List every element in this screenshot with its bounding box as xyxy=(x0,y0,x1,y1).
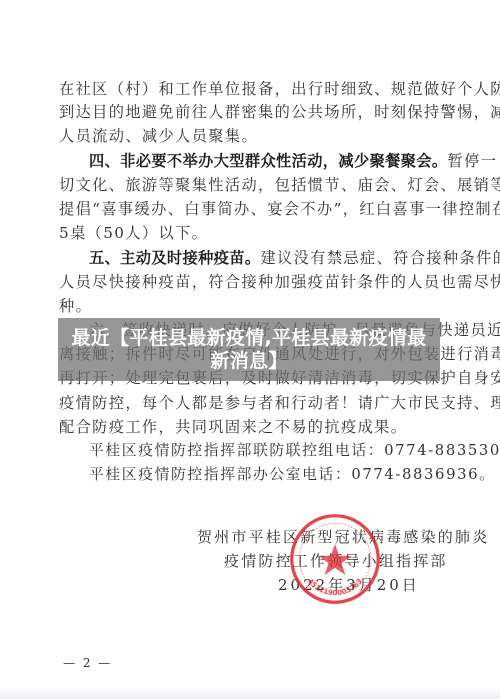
section5-heading: 五、主动及时接种疫苗。 xyxy=(89,249,260,267)
document-page: 在社区（村）和工作单位报备，出行时细致、规范做好个人防护， 到达目的地避免前往人… xyxy=(0,0,500,699)
page-number: — 2 — xyxy=(63,656,112,670)
svg-text:4511190003763: 4511190003763 xyxy=(306,577,364,598)
paragraph-line: 提倡“喜事缓办、白事简办、宴会不办”，红白喜事一律控制在 xyxy=(59,199,433,219)
contact-phone-office: 平桂区疫情防控指挥部办公室电话：0774-8836936。 xyxy=(89,465,496,485)
seal-number: 4511190003763 xyxy=(306,577,364,598)
paragraph-line: 人员流动、减少人员聚集。 xyxy=(59,126,433,146)
paragraph-line: 疫情防控，每个人都是参与者和行动者！请广大市民支持、理解、 xyxy=(59,393,433,413)
official-seal-icon: 4511190003763 xyxy=(288,512,382,606)
scan-edge xyxy=(0,690,500,699)
paragraph-line: 人员尽快接种疫苗，符合接种加强疫苗针条件的人员也需尽快接 xyxy=(59,272,433,292)
paragraph-line: 在社区（村）和工作单位报备，出行时细致、规范做好个人防护， xyxy=(59,79,433,99)
paragraph-line: 切文化、旅游等聚集性活动，包括惯节、庙会、灯会、展销等， xyxy=(59,175,433,195)
contact-phone-joint-control: 平桂区疫情防控指挥部联防联控组电话：0774-8835300。 xyxy=(89,441,500,461)
overlay-title: 最近【平桂县最新疫情,平桂县最新疫情最新消息】 xyxy=(69,327,429,373)
paragraph-line: 到达目的地避免前往人群密集的公共场所，时刻保持警惕，减少 xyxy=(59,102,433,122)
section5-text: 建议没有禁忌症、符合接种条件的 xyxy=(260,249,500,267)
section4-text: 暂停一 xyxy=(448,152,498,170)
title-overlay-banner: 最近【平桂县最新疫情,平桂县最新疫情最新消息】 xyxy=(58,318,440,381)
paragraph-line: 配合防疫工作，共同巩固来之不易的抗疫成果。 xyxy=(59,417,433,437)
paragraph-line: 种。 xyxy=(59,296,433,316)
paragraph-line: 5桌（50人）以下。 xyxy=(59,223,433,243)
section4-heading-line: 四、非必要不举办大型群众性活动，减少聚餐聚会。暂停一 xyxy=(89,151,433,171)
section4-heading: 四、非必要不举办大型群众性活动，减少聚餐聚会。 xyxy=(89,152,448,170)
section5-heading-line: 五、主动及时接种疫苗。建议没有禁忌症、符合接种条件的 xyxy=(89,248,433,268)
